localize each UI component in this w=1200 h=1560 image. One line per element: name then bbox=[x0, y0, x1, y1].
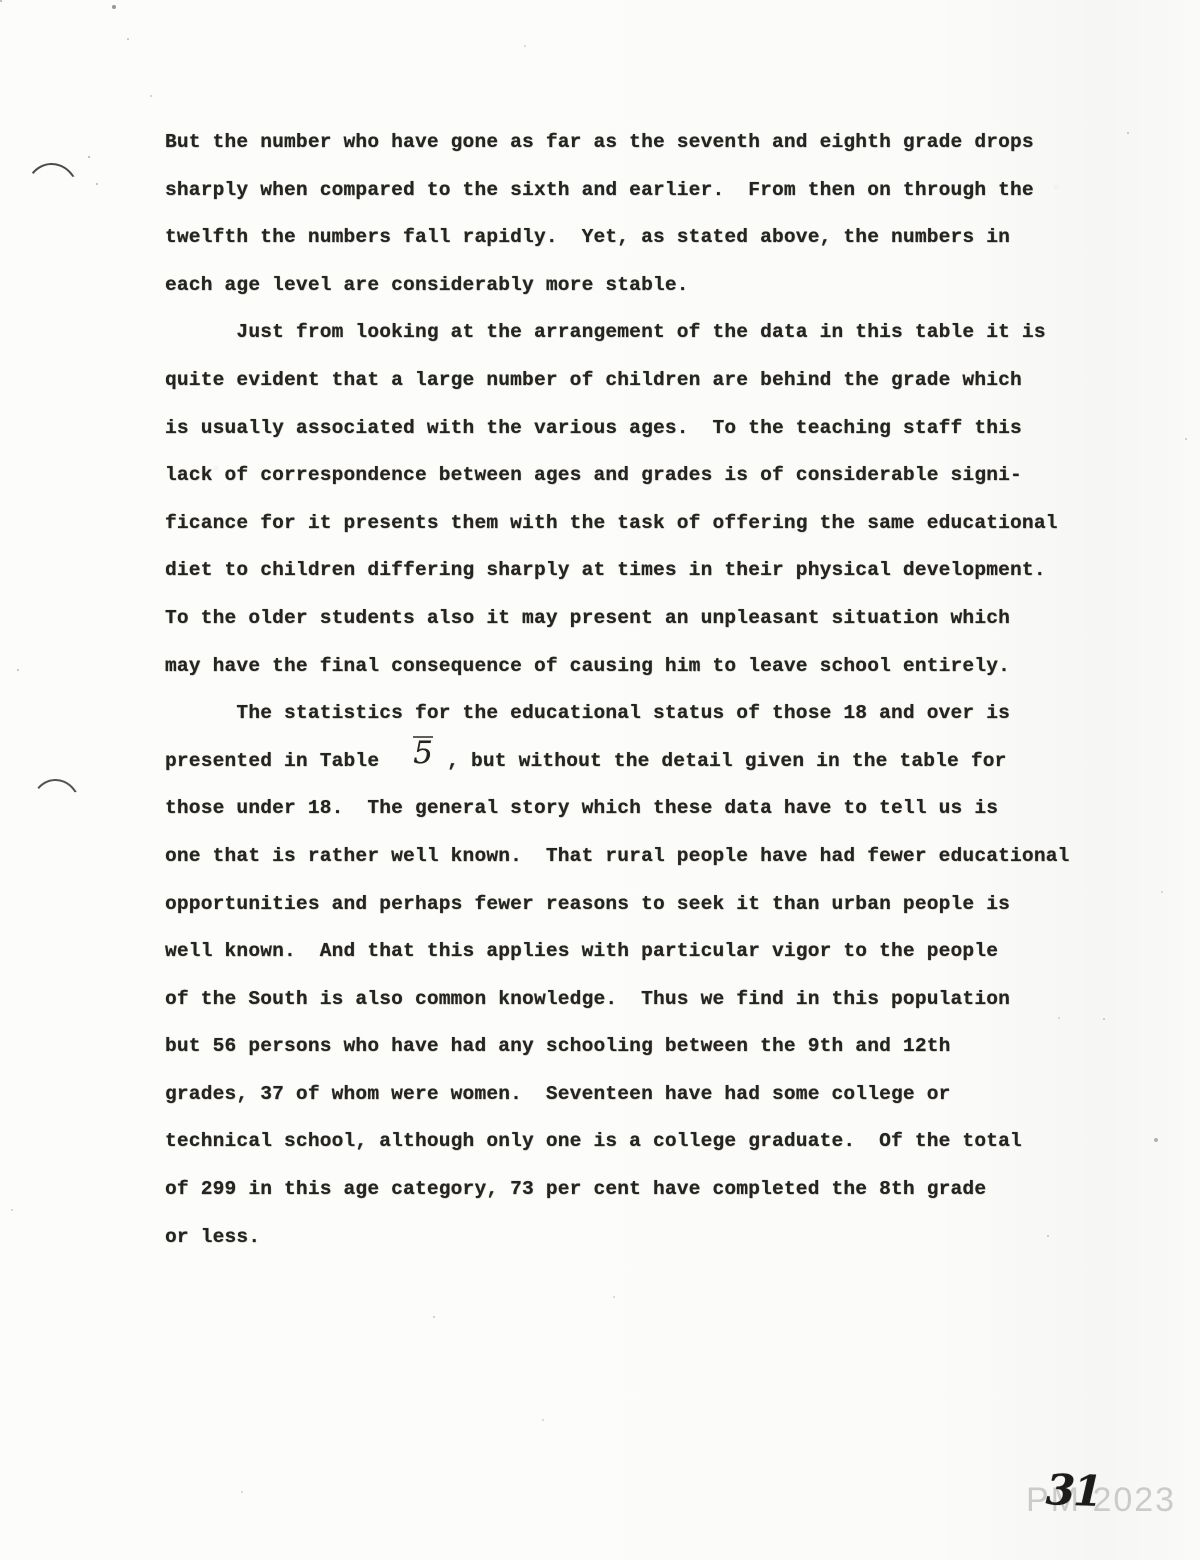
pencil-arc-mark-top bbox=[23, 161, 79, 195]
text-line: twelfth the numbers fall rapidly. Yet, a… bbox=[165, 214, 1085, 262]
text-line: quite evident that a large number of chi… bbox=[165, 357, 1085, 405]
text-line: To the older students also it may presen… bbox=[165, 595, 1085, 643]
text-line: may have the final consequence of causin… bbox=[165, 643, 1085, 691]
table-reference-suffix: , but without the detail given in the ta… bbox=[447, 750, 1006, 772]
text-line: But the number who have gone as far as t… bbox=[165, 119, 1085, 167]
text-line: sharply when compared to the sixth and e… bbox=[165, 167, 1085, 215]
table-reference-prefix: presented in Table bbox=[165, 750, 379, 772]
text-line: Just from looking at the arrangement of … bbox=[165, 309, 1085, 357]
text-line: those under 18. The general story which … bbox=[165, 785, 1085, 833]
text-line: diet to children differing sharply at ti… bbox=[165, 547, 1085, 595]
handwritten-table-number: 5 bbox=[413, 736, 433, 768]
text-line: technical school, although only one is a… bbox=[165, 1118, 1085, 1166]
text-line: one that is rather well known. That rura… bbox=[165, 833, 1085, 881]
text-line: of 299 in this age category, 73 per cent… bbox=[165, 1166, 1085, 1214]
handwritten-page-number: 31 bbox=[1045, 1465, 1101, 1516]
scanned-document-page: But the number who have gone as far as t… bbox=[0, 0, 1200, 1560]
typewritten-text-block: But the number who have gone as far as t… bbox=[165, 119, 1085, 1261]
text-line: is usually associated with the various a… bbox=[165, 405, 1085, 453]
text-line: The statistics for the educational statu… bbox=[165, 690, 1085, 738]
text-line: well known. And that this applies with p… bbox=[165, 928, 1085, 976]
table-reference-line: presented in Table5, but without the det… bbox=[165, 738, 1085, 786]
text-line: each age level are considerably more sta… bbox=[165, 262, 1085, 310]
text-line: lack of correspondence between ages and … bbox=[165, 452, 1085, 500]
text-line: but 56 persons who have had any schoolin… bbox=[165, 1023, 1085, 1071]
text-line: opportunities and perhaps fewer reasons … bbox=[165, 881, 1085, 929]
text-line: ficance for it presents them with the ta… bbox=[165, 500, 1085, 548]
text-line: grades, 37 of whom were women. Seventeen… bbox=[165, 1071, 1085, 1119]
pencil-arc-mark-middle bbox=[29, 778, 80, 809]
scan-noise-specks bbox=[0, 0, 2, 2]
text-line: of the South is also common knowledge. T… bbox=[165, 976, 1085, 1024]
text-line: or less. bbox=[165, 1214, 1085, 1262]
